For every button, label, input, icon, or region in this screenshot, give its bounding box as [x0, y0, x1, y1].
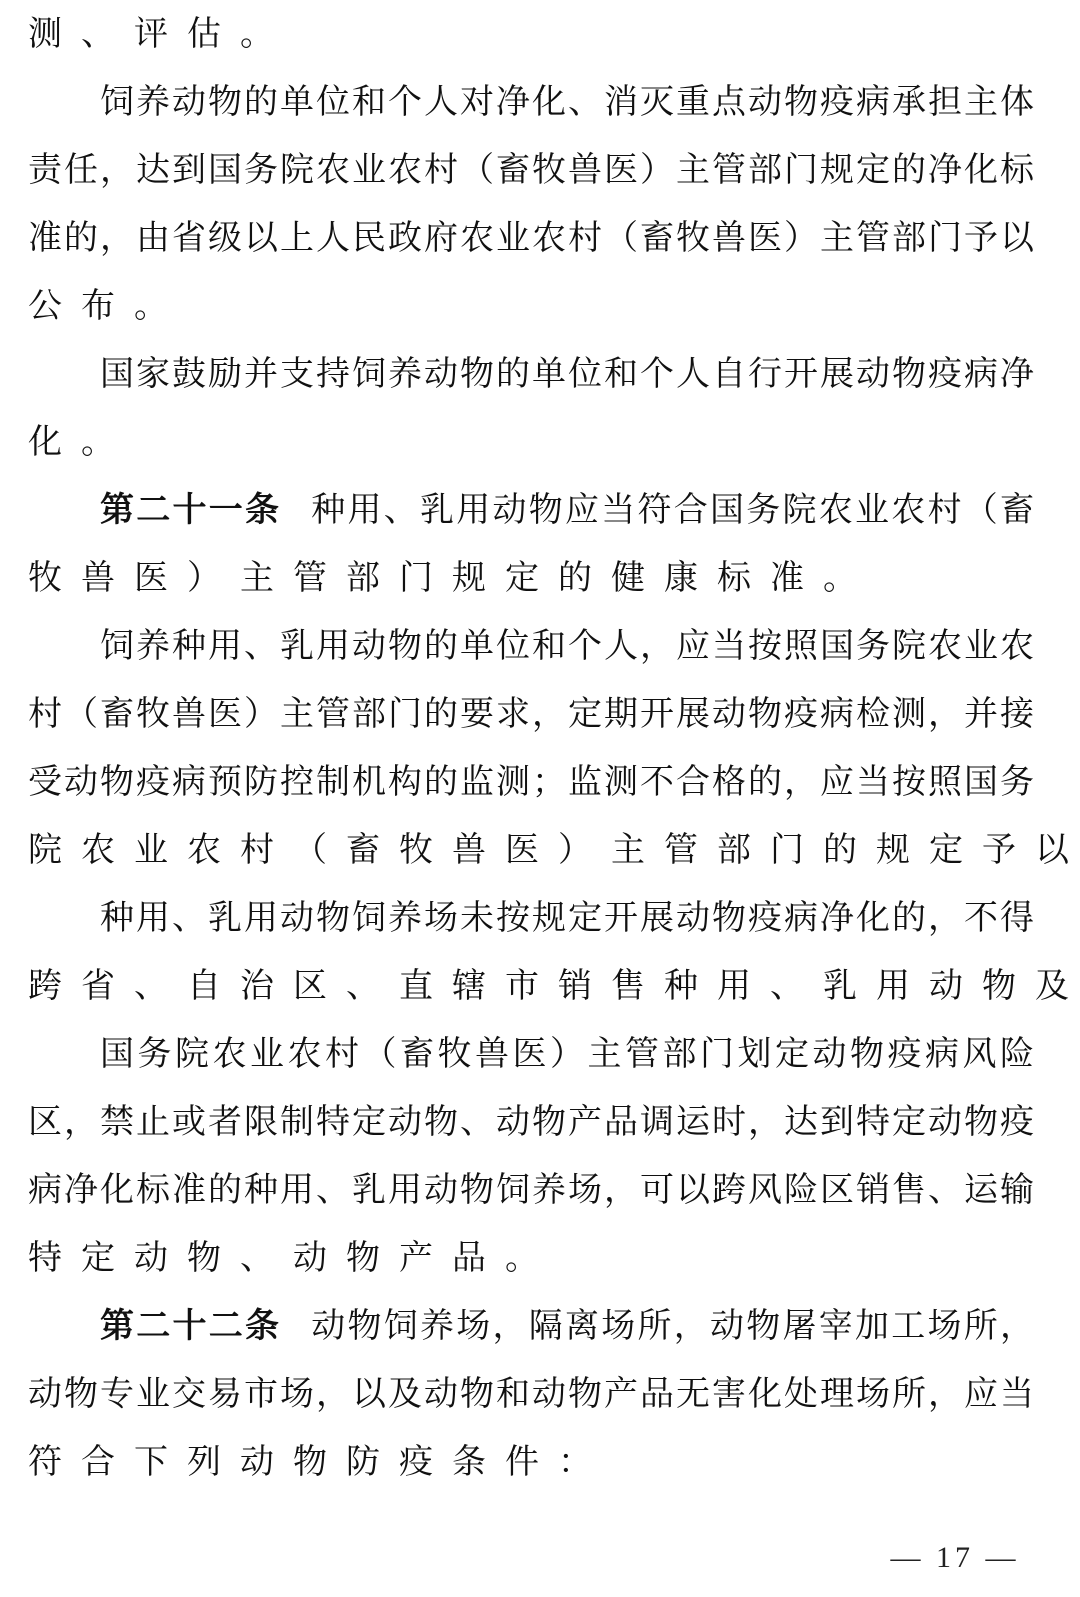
- text-line: 动物专业交易市场，以及动物和动物产品无害化处理场所，应当: [28, 1366, 1034, 1422]
- text-line: 责任，达到国务院农业农村（畜牧兽医）主管部门规定的净化标: [28, 142, 1034, 198]
- paragraph-breeding-testing: 饲养种用、乳用动物的单位和个人，应当按照国务院农业农: [100, 618, 1034, 674]
- paragraph-sales-restriction: 种用、乳用动物饲养场未按规定开展动物疫病净化的，不得: [100, 890, 1034, 946]
- text-line: 测、评估。: [28, 6, 1034, 62]
- article-text: 动物饲养场，隔离场所，动物屠宰加工场所，: [311, 1306, 1034, 1346]
- text-line: 区，禁止或者限制特定动物、动物产品调运时，达到特定动物疫: [28, 1094, 1034, 1150]
- article-22-heading-line: 第二十二条动物饲养场，隔离场所，动物屠宰加工场所，: [100, 1298, 1034, 1354]
- paragraph-risk-zones: 国务院农业农村（畜牧兽医）主管部门划定动物疫病风险: [100, 1026, 1034, 1082]
- text-line: 院农业农村（畜牧兽医）主管部门的规定予以处理。: [28, 822, 1034, 878]
- article-number: 第二十一条: [100, 490, 281, 530]
- text-line: 准的，由省级以上人民政府农业农村（畜牧兽医）主管部门予以: [28, 210, 1034, 266]
- text-line: 跨省、自治区、直辖市销售种用、乳用动物及特定动物产品。: [28, 958, 1034, 1014]
- article-text: 种用、乳用动物应当符合国务院农业农村（畜: [311, 490, 1034, 530]
- text-line: 村（畜牧兽医）主管部门的要求，定期开展动物疫病检测，并接: [28, 686, 1034, 742]
- page-number: — 17 —: [870, 1536, 1040, 1580]
- paragraph-state-encouragement: 国家鼓励并支持饲养动物的单位和个人自行开展动物疫病净: [100, 346, 1034, 402]
- text-line: 特定动物、动物产品。: [28, 1230, 1034, 1286]
- text-line: 受动物疫病预防控制机构的监测；监测不合格的，应当按照国务: [28, 754, 1034, 810]
- text-line: 符合下列动物防疫条件：: [28, 1434, 1034, 1490]
- paragraph-purification-responsibility: 饲养动物的单位和个人对净化、消灭重点动物疫病承担主体: [100, 74, 1034, 130]
- text-line: 牧兽医）主管部门规定的健康标准。: [28, 550, 1034, 606]
- article-21-heading-line: 第二十一条种用、乳用动物应当符合国务院农业农村（畜: [100, 482, 1034, 538]
- text-line: 化。: [28, 414, 1034, 470]
- article-number: 第二十二条: [100, 1306, 281, 1346]
- text-line: 病净化标准的种用、乳用动物饲养场，可以跨风险区销售、运输: [28, 1162, 1034, 1218]
- text-line: 公布。: [28, 278, 1034, 334]
